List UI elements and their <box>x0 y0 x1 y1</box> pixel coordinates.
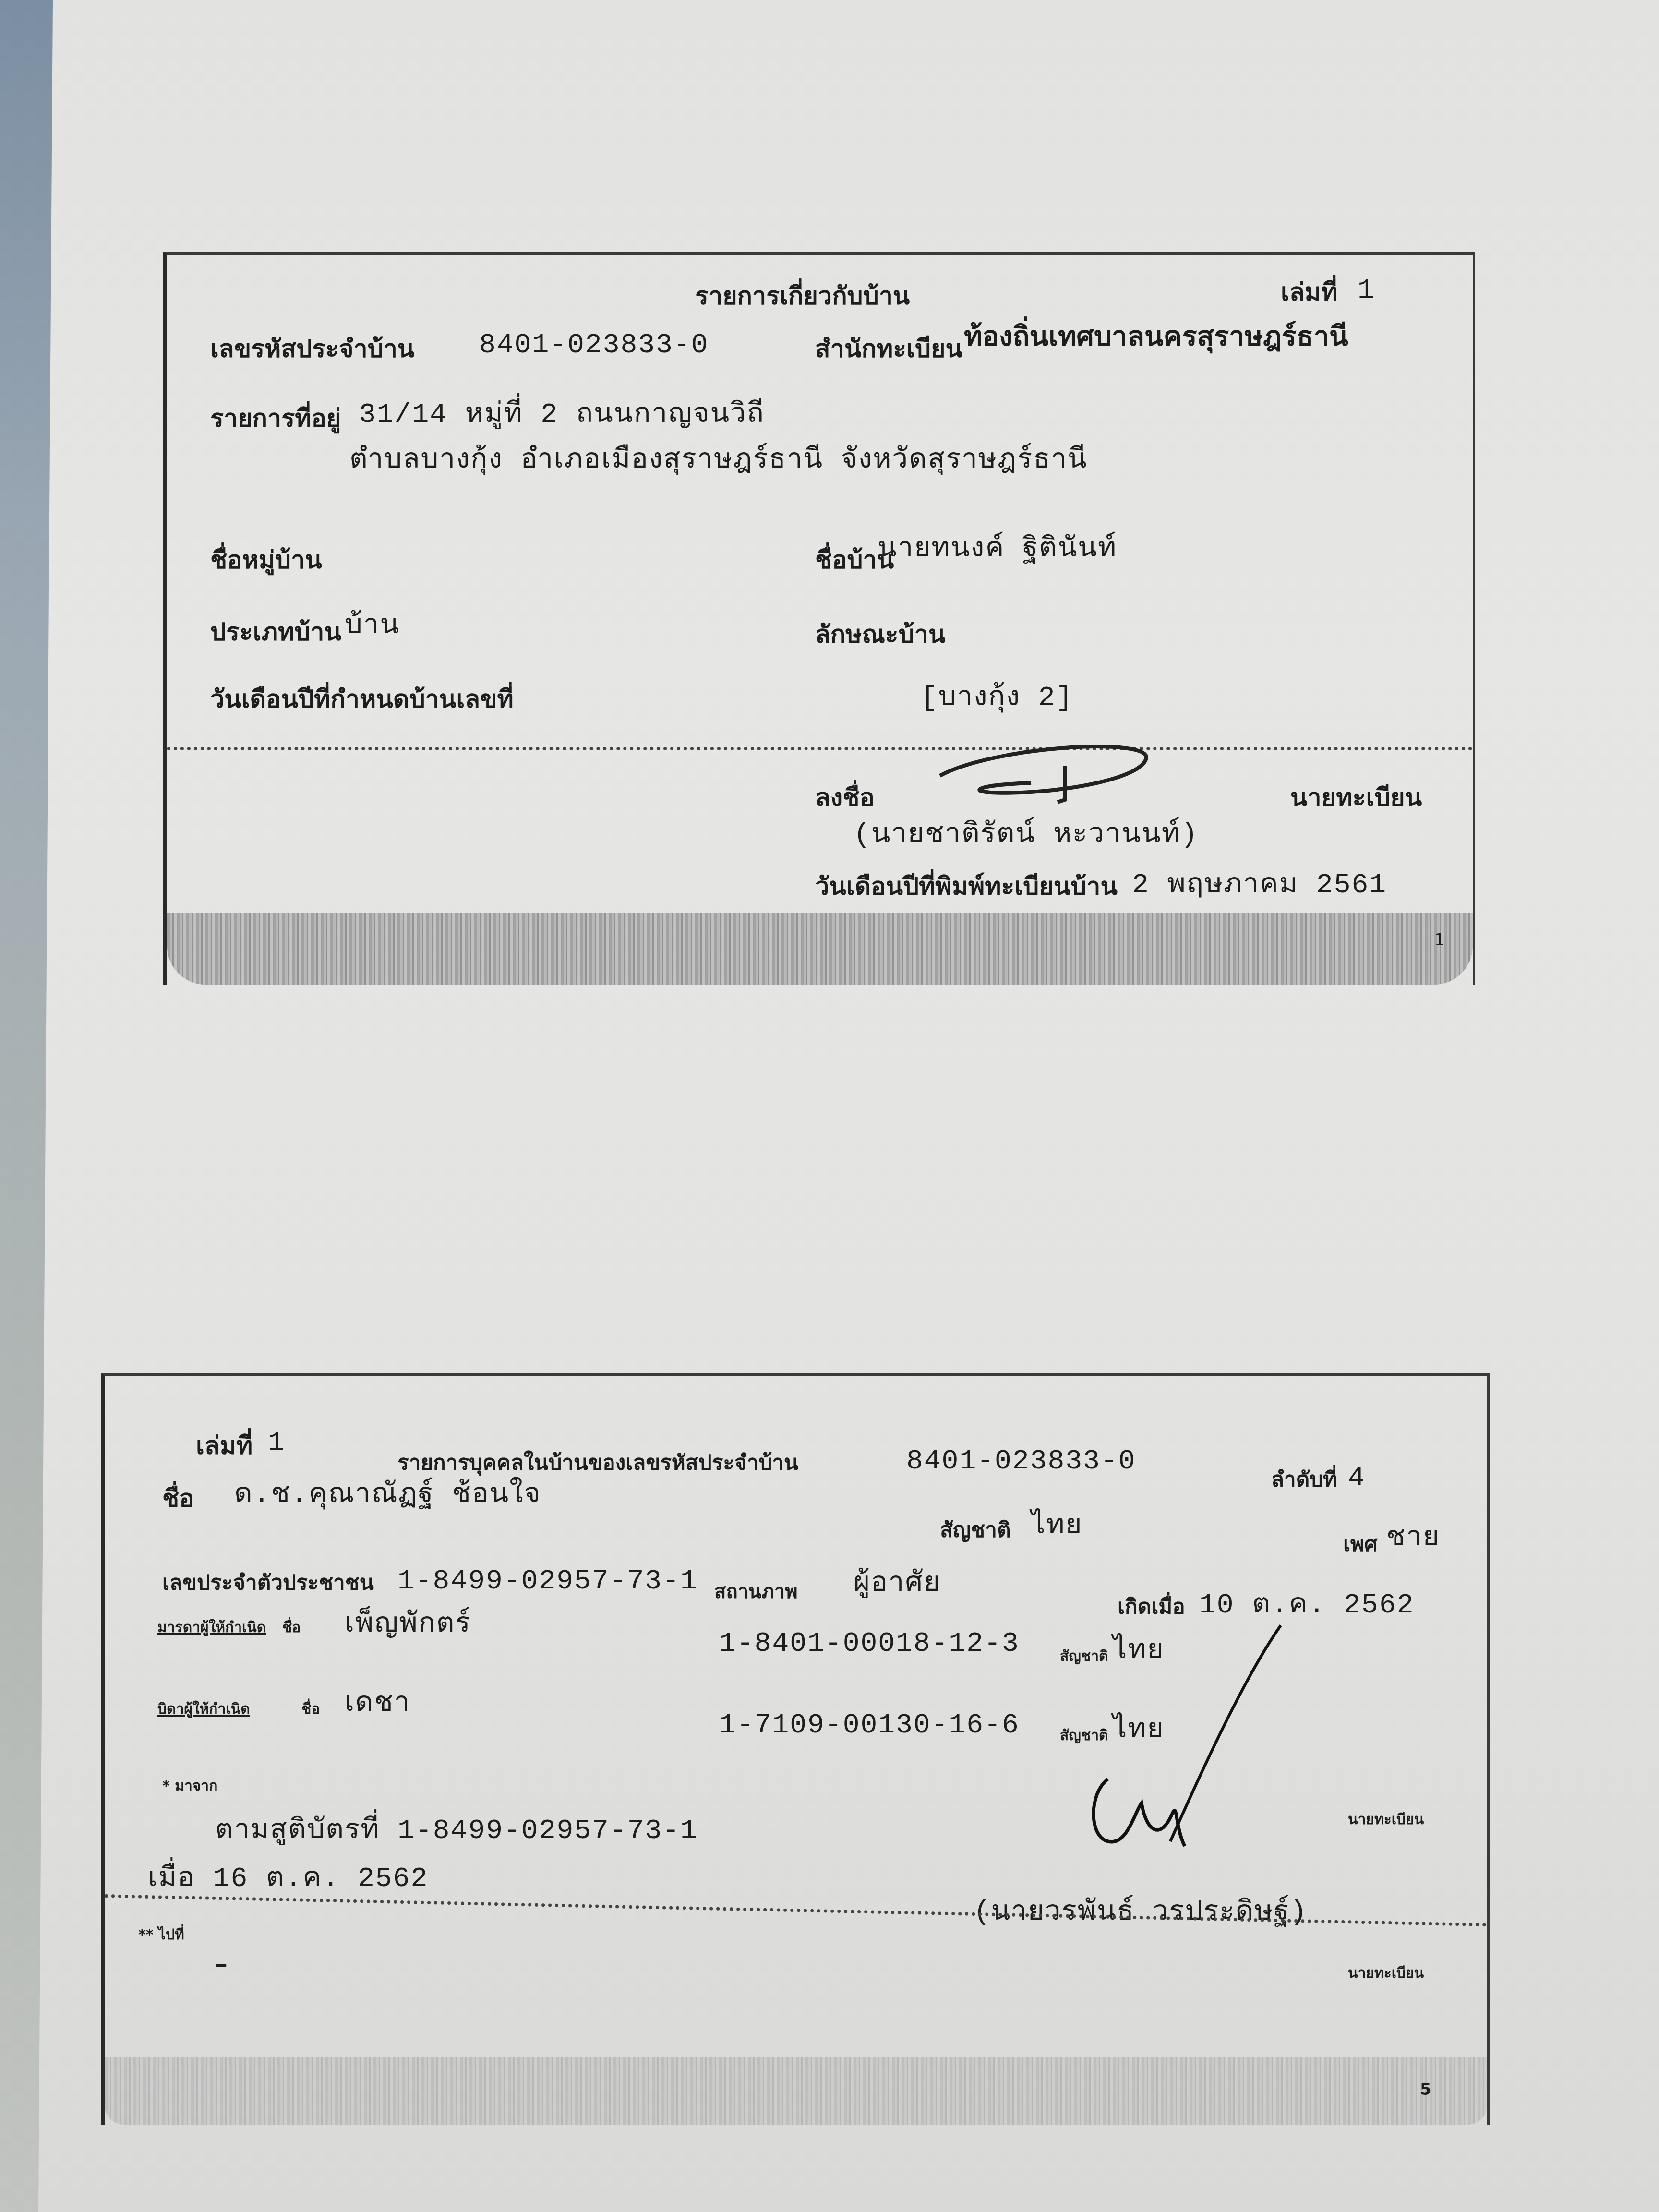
address-label: รายการที่อยู่ <box>210 406 341 431</box>
address-line1: 31/14 หมู่ที่ 2 ถนนกาญจนวิถี <box>359 401 765 429</box>
sex: ชาย <box>1386 1525 1440 1552</box>
card-title: รายการบุคคลในบ้านของเลขรหัสประจำบ้าน <box>397 1453 798 1474</box>
scan-artifact-band <box>167 913 1473 985</box>
registrar-signature <box>1089 1621 1290 1851</box>
address-line2: ตำบลบางกุ้ง อำเภอเมืองสุราษฎร์ธานี จังหว… <box>349 447 1088 475</box>
page-number: 1 <box>1434 932 1445 948</box>
moved-from-label: * มาจาก <box>162 1779 217 1793</box>
status: ผู้อาศัย <box>854 1570 941 1598</box>
birth-date: 10 ต.ค. 2562 <box>1199 1592 1415 1620</box>
mother-label: มารดาผู้ให้กำเนิด <box>157 1621 266 1635</box>
village-name-label: ชื่อหมู่บ้าน <box>210 548 322 573</box>
print-date: 2 พฤษภาคม 2561 <box>1132 872 1387 900</box>
person-name: ด.ช.คุณาณัฏฐ์ ช้อนใจ <box>234 1481 541 1509</box>
moved-from: ตามสูติบัตรที่ 1-8499-02957-73-1 <box>215 1817 698 1845</box>
moved-to: – <box>215 1952 228 1977</box>
house-code: 8401-023833-0 <box>479 332 709 360</box>
registrar-name: (นายชาติรัตน์ หะวานนท์) <box>854 821 1199 849</box>
father-name: เดชา <box>345 1690 410 1718</box>
date-assigned-label: วันเดือนปีที่กำหนดบ้านเลขที่ <box>210 687 514 712</box>
registry-office: ท้องถิ่นเทศบาลนครสุราษฎร์ธานี <box>964 322 1348 350</box>
registrar-name: (นายวรพันธ์ วรประดิษฐ์) <box>974 1899 1308 1927</box>
registrar-title: นายทะเบียน <box>1290 785 1422 810</box>
volume-no: 1 <box>1358 277 1375 305</box>
date-assigned: [บางกุ้ง 2] <box>921 685 1073 712</box>
sex-label: เพศ <box>1343 1534 1378 1555</box>
nationality-label: สัญชาติ <box>940 1520 1011 1541</box>
house-character-label: ลักษณะบ้าน <box>815 622 946 647</box>
order-no: 4 <box>1348 1465 1366 1492</box>
print-date-label: วันเดือนปีที่พิมพ์ทะเบียนบ้าน <box>815 874 1118 899</box>
volume-label: เล่มที่ <box>1281 280 1337 305</box>
registrar-title: นายทะเบียน <box>1348 1813 1424 1827</box>
registrar-title-2: นายทะเบียน <box>1348 1966 1424 1981</box>
birth-label: เกิดเมื่อ <box>1118 1597 1185 1618</box>
page-number: 5 <box>1420 2081 1431 2098</box>
scan-artifact-band <box>105 2057 1487 2125</box>
mother-name-label: ชื่อ <box>282 1621 301 1635</box>
volume-label: เล่มที่ <box>196 1433 252 1458</box>
nationality: ไทย <box>1031 1513 1082 1540</box>
father-name-label: ชื่อ <box>301 1702 320 1717</box>
father-label: บิดาผู้ให้กำเนิด <box>157 1702 250 1717</box>
status-label: สถานภาพ <box>714 1582 798 1601</box>
father-id: 1-7109-00130-16-6 <box>719 1712 1020 1740</box>
name-label: ชื่อ <box>162 1486 194 1511</box>
house-name: นายทนงค์ ฐิตินันท์ <box>878 536 1117 564</box>
id-no: 1-8499-02957-73-1 <box>397 1568 698 1596</box>
house-code-label: เลขรหัสประจำบ้าน <box>210 337 414 361</box>
house-code: 8401-023833-0 <box>906 1448 1136 1476</box>
volume-no: 1 <box>268 1430 286 1457</box>
moved-to-label: ** ไปที่ <box>138 1928 184 1942</box>
registrar-signature <box>935 747 1151 809</box>
card-title: รายการเกี่ยวกับบ้าน <box>695 284 910 309</box>
moved-from-date: เมื่อ 16 ต.ค. 2562 <box>148 1865 428 1893</box>
order-label: ลำดับที่ <box>1271 1469 1337 1491</box>
signed-label: ลงชื่อ <box>815 785 875 810</box>
house-info-card: รายการเกี่ยวกับบ้าน เล่มที่ 1 เลขรหัสประ… <box>163 252 1475 985</box>
id-label: เลขประจำตัวประชาชน <box>162 1573 374 1594</box>
mother-id: 1-8401-00018-12-3 <box>719 1630 1020 1658</box>
registry-office-label: สำนักทะเบียน <box>815 337 962 361</box>
house-type-label: ประเภทบ้าน <box>210 620 341 645</box>
mother-name: เพ็ญพักตร์ <box>345 1611 471 1639</box>
house-type: บ้าน <box>345 613 400 640</box>
section-divider <box>167 747 1473 750</box>
person-info-card: เล่มที่ 1 รายการบุคคลในบ้านของเลขรหัสประ… <box>101 1373 1490 2125</box>
